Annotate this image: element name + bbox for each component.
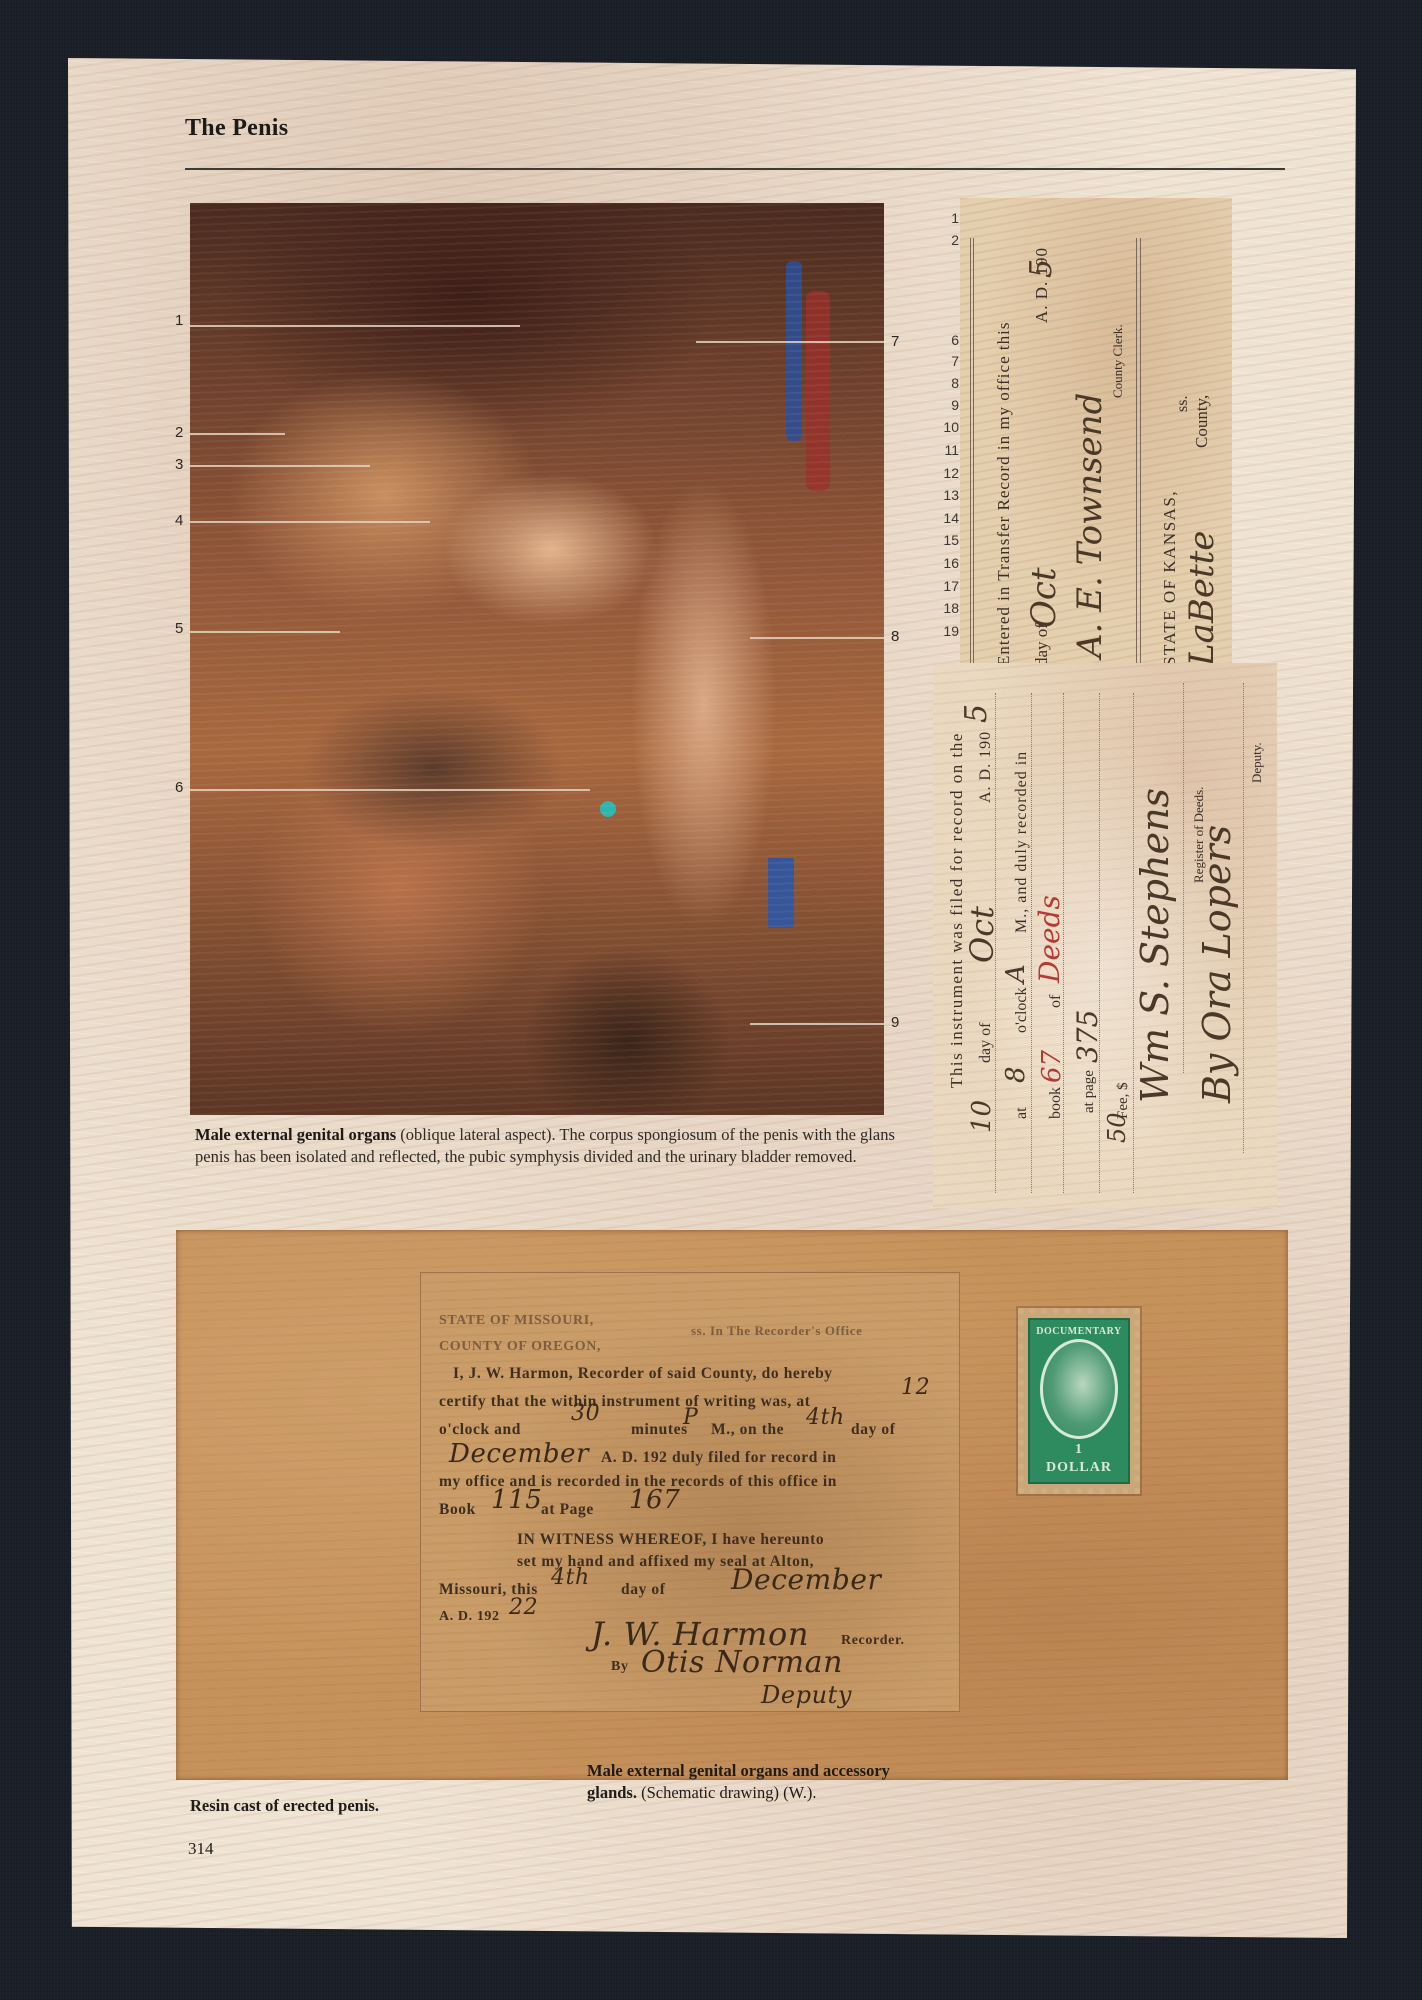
deeds-hw-register: Wm S. Stephens [1133,788,1177,1103]
dotted-line [1243,683,1244,1153]
deeds-printed-ad: A. D. 190 [977,731,995,803]
kansas-hw-county: LaBette [1182,531,1222,666]
line-number: 9 [937,397,959,413]
slip-rule [970,238,971,668]
caption-resin-cast: Resin cast of erected penis. [190,1795,379,1817]
deeds-printed-page: at page [1081,1070,1098,1113]
leader-line-2 [190,433,285,435]
line-number: 16 [937,555,959,571]
deeds-hw-book-type: Deeds [1033,895,1066,983]
deeds-printed-recorded: M., and duly recorded in [1013,751,1031,933]
figure-label-8: 8 [891,628,899,645]
cert-line-on-the: M., on the [711,1421,784,1439]
leader-line-4 [190,521,430,523]
caption-schematic-line2: glands. [587,1783,637,1802]
deeds-hw-day: 10 [967,1100,997,1133]
figure-label-6: 6 [175,779,183,796]
cert-hw-book: 115 [491,1485,542,1515]
line-number: 8 [937,375,959,391]
liberty-head-portrait-icon [1040,1339,1118,1439]
cert-line-recorder: I, J. W. Harmon, Recorder of said County… [453,1365,833,1383]
cert-line-filed: A. D. 192 duly filed for record in [601,1449,837,1467]
page-number: 314 [188,1838,214,1860]
leader-line-1 [190,325,520,327]
kansas-transfer-slip: Entered in Transfer Record in my office … [960,198,1232,668]
deeds-printed-book: book [1047,1087,1065,1119]
stamp-unit: DOLLAR [1046,1460,1112,1476]
cert-line-ad: A. D. 192 [439,1609,500,1625]
cert-hw-ampm: P [683,1405,698,1430]
revenue-stamp: DOCUMENTARY 1 DOLLAR [1018,1308,1140,1494]
cert-line-day-of: day of [851,1421,896,1439]
cert-hw-deputy-signature: Otis Norman [641,1645,843,1680]
deeds-hw-fee: 50 [1103,1112,1131,1143]
deeds-printed-deputy: Deputy. [1249,742,1265,783]
cert-line-witness-day-of: day of [621,1581,666,1599]
leader-line-5 [190,631,340,633]
figure-label-3: 3 [175,456,183,473]
line-number: 13 [937,487,959,503]
cert-state: STATE OF MISSOURI, [439,1313,594,1329]
figure-label-9: 9 [891,1014,899,1031]
leader-line-6 [190,789,590,791]
line-number: 18 [937,600,959,616]
cert-hw-page: 167 [629,1485,680,1515]
anatomy-photo [190,203,884,1115]
caption-schematic-text: (Schematic drawing) (W.). [637,1783,816,1802]
cert-hw-hour: 12 [901,1375,930,1400]
leader-line-7 [696,341,884,343]
line-number: 2 [937,232,959,248]
missouri-recorder-certificate: STATE OF MISSOURI, ss. In The Recorder's… [420,1272,960,1712]
cert-line-minutes: minutes [631,1421,688,1439]
line-number: 19 [937,623,959,639]
figure-label-1: 1 [175,312,183,329]
cert-hw-month: December [449,1439,589,1469]
leader-line-9 [750,1023,884,1025]
kansas-hw-month: Oct [1024,567,1064,628]
cert-hw-day: 4th [806,1405,845,1430]
kansas-hw-clerk: A. E. Townsend [1070,393,1110,658]
page-title: The Penis [185,115,288,142]
line-number: 12 [937,465,959,481]
kansas-printed-ss: ss. [1174,396,1192,412]
line-number: 14 [937,510,959,526]
dotted-line [1031,693,1032,1193]
slip-rule [1136,238,1137,668]
cert-recorder-label: Recorder. [841,1633,905,1649]
line-number: 1 [937,210,959,226]
deeds-hw-month: Oct [963,906,1001,963]
leader-line-8 [750,637,884,639]
kansas-hw-year: 5 [1024,259,1059,278]
deeds-hw-ampm: A [1001,964,1031,983]
deeds-hw-page: 375 [1071,1010,1104,1063]
register-of-deeds-slip: This instrument was filed for record on … [933,663,1277,1208]
line-number: 10 [937,419,959,435]
slip-rule [973,238,974,668]
line-number: 11 [937,442,959,458]
figure-caption-top: Male external genital organs (oblique la… [195,1124,895,1168]
cert-line-certify: certify that the within instrument of wr… [439,1393,810,1411]
cert-hw-deputy-label: Deputy [761,1681,852,1709]
resin-sheen [190,203,884,1115]
line-number: 6 [937,332,959,348]
caption-schematic: Male external genital organs and accesso… [587,1760,1007,1804]
stamp-value: 1 [1075,1442,1083,1458]
cert-by-label: By [611,1659,629,1675]
kansas-printed-county: County, [1192,395,1212,448]
line-number: 7 [937,353,959,369]
cert-county: COUNTY OF OREGON, [439,1339,601,1355]
kansas-printed-clerk: County Clerk. [1110,324,1126,398]
figure-label-5: 5 [175,620,183,637]
caption-schematic-line1: Male external genital organs and accesso… [587,1761,890,1780]
figure-caption-title: Male external genital organs [195,1125,396,1144]
figure-label-2: 2 [175,424,183,441]
caption-resin-cast-text: Resin cast of erected penis. [190,1796,379,1815]
cert-recorders-office: ss. In The Recorder's Office [691,1323,862,1339]
kansas-printed-day-of: day of [1032,623,1052,666]
deeds-printed-oclock: o'clock [1013,987,1031,1033]
stamp-top-text: DOCUMENTARY [1036,1326,1122,1337]
deeds-printed-at: at [1013,1107,1031,1119]
leader-line-3 [190,465,370,467]
line-number: 15 [937,532,959,548]
deeds-hw-deputy: By Ora Lopers [1195,825,1239,1103]
cert-hw-witness-month: December [731,1563,882,1596]
line-number: 17 [937,578,959,594]
deeds-hw-year: 5 [959,704,994,723]
cert-hw-witness-day: 4th [551,1565,590,1590]
deeds-hw-book: 67 [1037,1050,1067,1083]
kansas-printed-state: STATE OF KANSAS, [1160,490,1180,666]
cert-hw-minutes: 30 [571,1401,600,1426]
cert-line-witness: IN WITNESS WHEREOF, I have hereunto [517,1531,824,1549]
cert-line-book: Book [439,1501,476,1519]
deeds-printed-of: of [1047,995,1065,1008]
stamp-face: DOCUMENTARY 1 DOLLAR [1028,1318,1130,1484]
dotted-line [1183,683,1184,1073]
cert-hw-witness-year: 22 [509,1595,538,1620]
cert-line-oclock: o'clock and [439,1421,521,1439]
deeds-printed-day-of: day of [977,1023,995,1063]
slip-rule [1140,238,1141,668]
figure-label-4: 4 [175,512,183,529]
kansas-printed-line1: Entered in Transfer Record in my office … [994,322,1014,666]
title-rule [185,168,1285,170]
dotted-line [1099,693,1100,1193]
figure-label-7: 7 [891,333,899,350]
deeds-hw-hour: 8 [1001,1066,1031,1083]
cert-line-page: at Page [541,1501,594,1519]
